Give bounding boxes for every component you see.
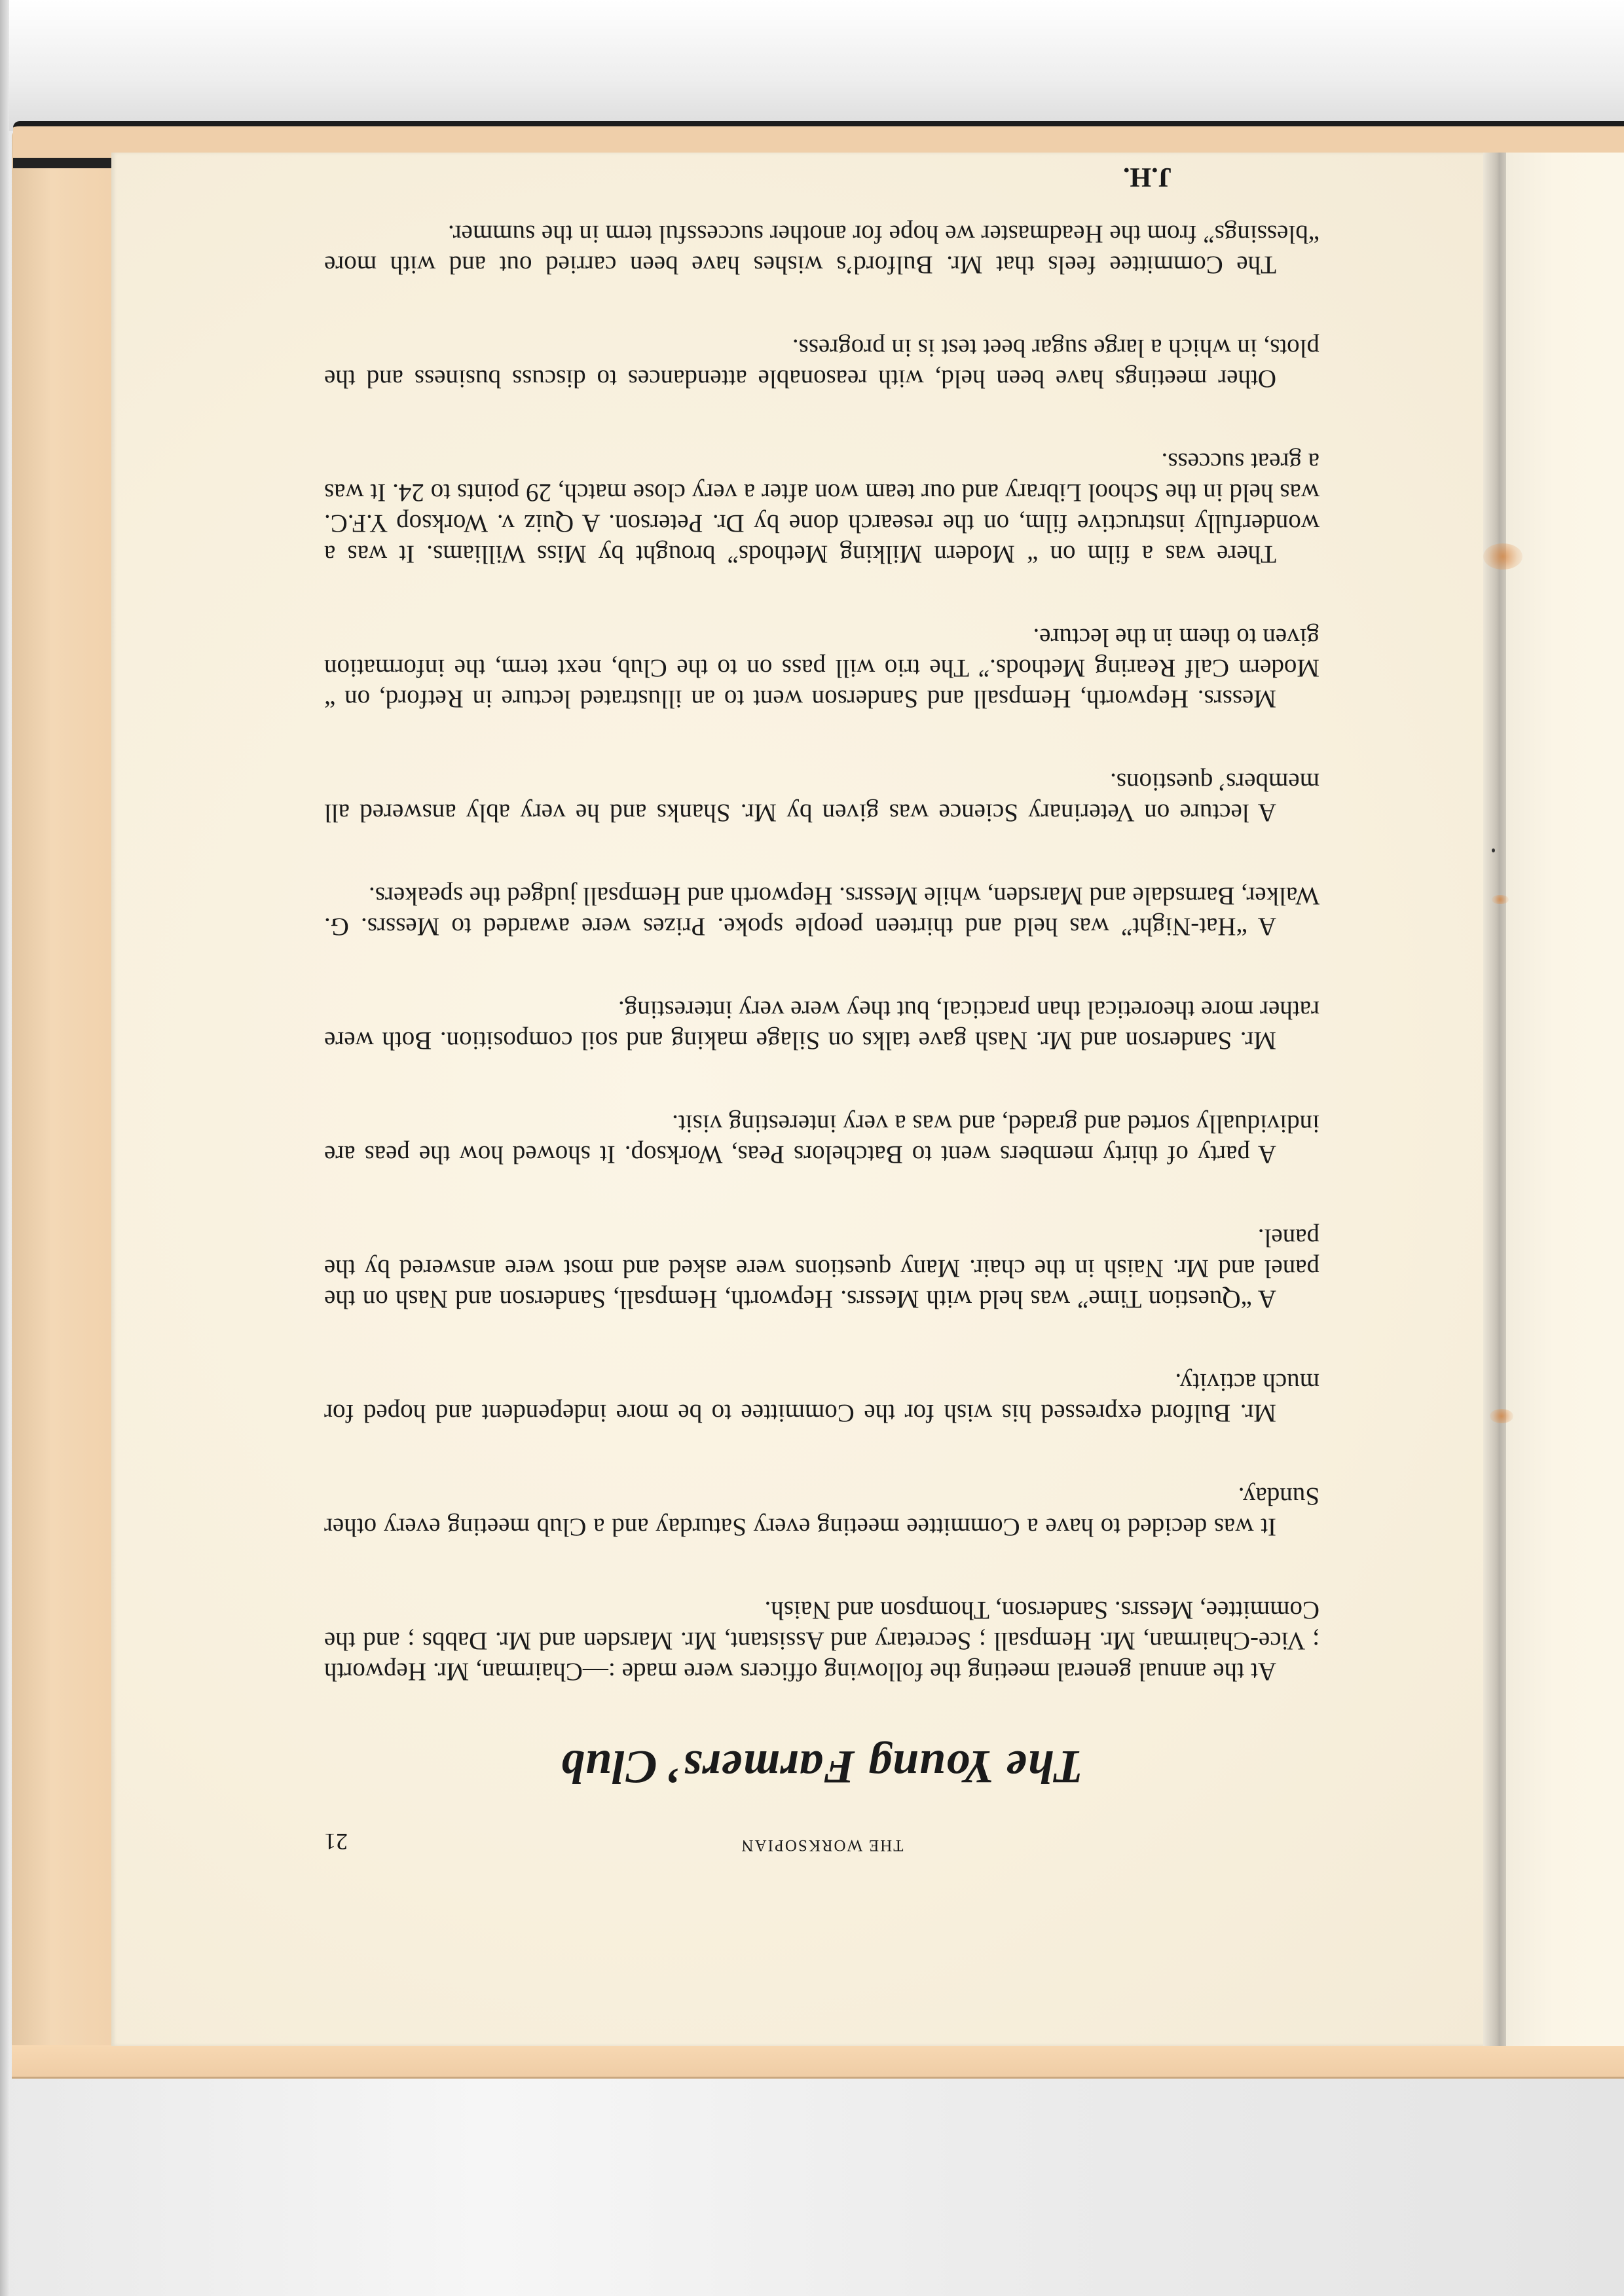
foxing-stain	[1492, 848, 1495, 852]
paragraph-milking-film-quiz: There was a film on “ Modern Milking Met…	[324, 446, 1319, 570]
paragraph-batchelors-visit: A party of thirty members went to Batche…	[324, 1108, 1319, 1170]
article-title: The Young Farmers’ Club	[324, 1740, 1319, 1794]
page-number: 21	[324, 1828, 348, 1855]
paragraph-veterinary-lecture: A lecture on Veterinary Science was give…	[324, 767, 1319, 828]
paragraph-bulford-wish: Mr. Bulford expressed his wish for the C…	[324, 1367, 1319, 1429]
foxing-stain	[1483, 543, 1522, 570]
book-cover-edge-bottom	[12, 2045, 1624, 2079]
paragraph-question-time: A “Question Time” was held with Messrs. …	[324, 1222, 1319, 1315]
paragraph-hat-night: A “Hat-Night” was held and thirteen peop…	[324, 881, 1319, 942]
scanner-background-top	[0, 0, 1624, 131]
author-initials: J.H.	[324, 161, 1319, 192]
paragraph-agm-officers: At the annual general meeting the follow…	[324, 1595, 1319, 1687]
paragraph-calf-rearing-lecture: Messrs. Hepworth, Hempsall and Sanderson…	[324, 622, 1319, 714]
paragraph-committee-conclusion: The Committee feels that Mr. Bulford’s w…	[324, 219, 1319, 280]
paragraph-meeting-schedule: It was decided to have a Committee meeti…	[324, 1481, 1319, 1542]
paragraph-other-meetings: Other meetings have been held, with reas…	[324, 333, 1319, 394]
paragraph-silage-talks: Mr. Sanderson and Mr. Nash gave talks on…	[324, 994, 1319, 1056]
foxing-stain	[1490, 1409, 1513, 1423]
running-head: THE WORKSOPIAN 21	[324, 1828, 1319, 1854]
scanner-edge	[0, 0, 9, 2296]
foxing-stain	[1492, 895, 1509, 904]
facing-page	[1506, 153, 1624, 2046]
journal-name: THE WORKSOPIAN	[324, 1836, 1319, 1854]
book-cover-edge-left	[12, 131, 111, 2074]
article: THE WORKSOPIAN 21 The Young Farmers’ Clu…	[324, 399, 1319, 1866]
